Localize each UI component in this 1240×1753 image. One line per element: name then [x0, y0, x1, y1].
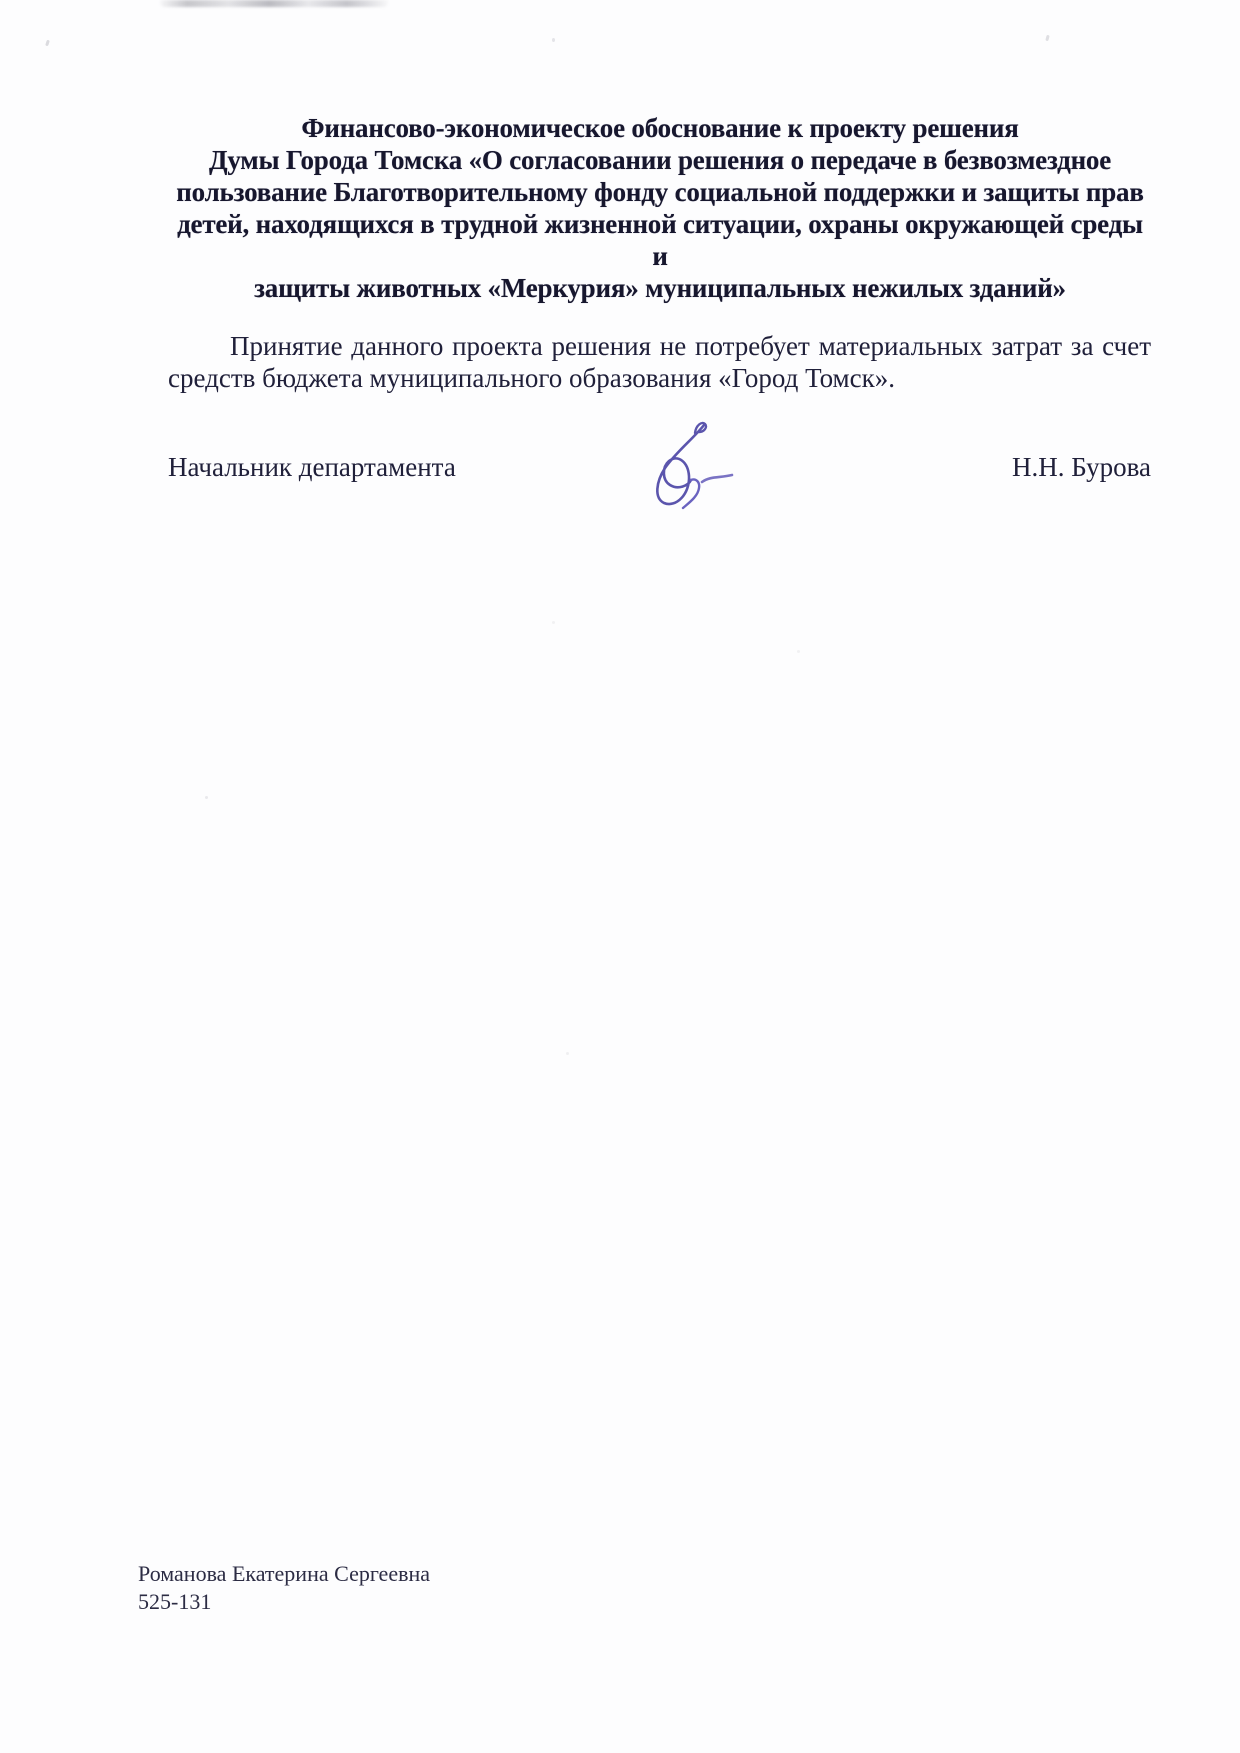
signatory-position-label: Начальник департамента	[168, 452, 456, 483]
document-title-line-4: детей, находящихся в трудной жизненной с…	[167, 208, 1153, 272]
scan-speck	[566, 1052, 569, 1055]
scan-speck	[205, 796, 208, 799]
scan-smudge-top	[160, 0, 388, 7]
executor-phone: 525-131	[138, 1588, 430, 1616]
executor-block: Романова Екатерина Сергеевна 525-131	[138, 1560, 430, 1616]
body-paragraph: Принятие данного проекта решения не потр…	[168, 330, 1151, 394]
body-paragraph-line-2: средств бюджета муниципального образован…	[168, 362, 1151, 394]
scan-speck	[552, 38, 555, 42]
scan-speck	[552, 621, 555, 624]
executor-name: Романова Екатерина Сергеевна	[138, 1560, 430, 1588]
document-title-line-2: Думы Города Томска «О согласовании решен…	[167, 144, 1153, 176]
scan-speck	[797, 650, 800, 653]
signatory-name: Н.Н. Бурова	[1012, 452, 1151, 483]
scan-speck	[45, 40, 50, 47]
document-title-line-3: пользование Благотворительному фонду соц…	[167, 176, 1153, 208]
document-title: Финансово-экономическое обоснование к пр…	[167, 112, 1153, 304]
document-page: Финансово-экономическое обоснование к пр…	[0, 0, 1240, 1753]
scan-speck	[1045, 35, 1049, 42]
body-paragraph-line-1: Принятие данного проекта решения не потр…	[168, 330, 1151, 362]
handwritten-signature	[638, 420, 750, 512]
document-title-line-5: защиты животных «Меркурия» муниципальных…	[167, 272, 1153, 304]
document-title-line-1: Финансово-экономическое обоснование к пр…	[167, 112, 1153, 144]
